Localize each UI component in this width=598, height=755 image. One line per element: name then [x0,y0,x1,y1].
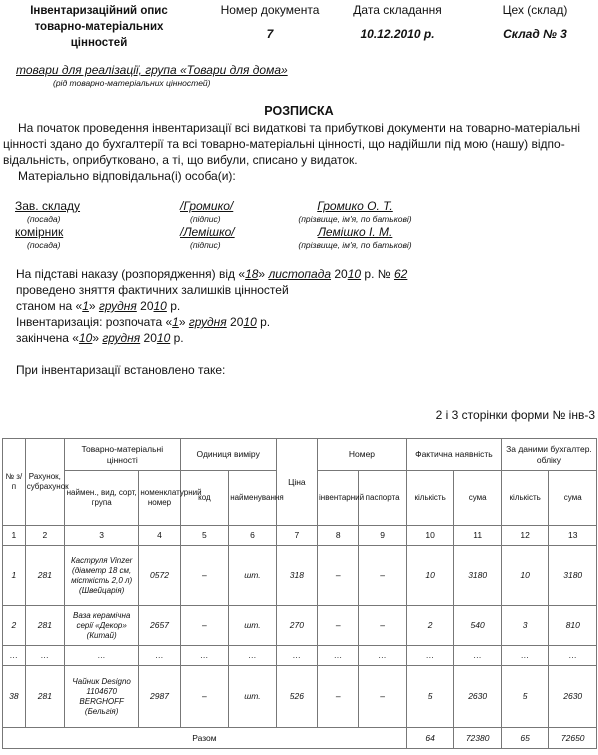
table-cell: 540 [454,606,502,646]
table-cell: 281 [25,666,64,728]
receipt-text-line: цінності здано до бухгалтерії та всі тов… [3,136,565,152]
quote: » [258,267,265,281]
column-number: 13 [549,526,597,546]
column-number: 10 [406,526,454,546]
table-cell: 2657 [139,606,180,646]
year-prefix: 20 [334,267,347,281]
table-cell: 281 [25,546,64,606]
table-cell: 270 [276,606,317,646]
col-header-tmc-name: наймен., вид, сорт, група [64,471,138,526]
column-number: 12 [501,526,549,546]
column-number: 8 [318,526,359,546]
col-header-unit-name: найменування [229,471,277,526]
total-row: Разом 64 72380 65 72650 [3,728,597,749]
finished-month: грудня [102,331,140,345]
table-cell: 2 [3,606,26,646]
col-header-account: Рахунок, субрахунок [25,439,64,526]
year-end: р. [170,299,180,313]
column-number: 6 [229,526,277,546]
column-number: 5 [180,526,229,546]
order-prefix: На підставі наказу (розпорядження) від « [16,267,245,281]
finished-day: 10 [79,331,92,345]
table-cell: … [64,646,138,666]
table-row: ………………………………… [3,646,597,666]
receipt-text-line: На початок проведення інвентаризації всі… [18,120,580,136]
table-cell: 3180 [454,546,502,606]
year-suffix: 10 [154,299,167,313]
signatory-signature: /Громико/ [180,198,233,214]
order-no-label: р. № [364,267,390,281]
col-header-books-qty: кількість [501,471,549,526]
table-cell: – [180,606,229,646]
table-cell: – [359,606,407,646]
table-cell: 38 [3,666,26,728]
name-caption: (прізвище, ім'я, по батькові) [290,214,420,224]
table-cell: … [180,646,229,666]
as-of-day: 1 [82,299,89,313]
total-books-qty: 65 [501,728,549,749]
year-prefix: 20 [144,331,157,345]
quote: » [89,299,96,313]
col-header-tmc: Товарно-матеріальні цінності [64,439,180,471]
col-header-actual-qty: кількість [406,471,454,526]
column-number: 1 [3,526,26,546]
total-label: Разом [3,728,407,749]
title-line: Інвентаризаційний опис [14,3,184,19]
doc-number-label: Номер документа [210,3,330,17]
table-cell: … [454,646,502,666]
table-cell: 3180 [549,546,597,606]
started-month: грудня [189,315,227,329]
year-suffix: 10 [157,331,170,345]
order-line2: проведено зняття фактичних залишків цінн… [16,282,289,298]
signature-caption: (підпис) [190,240,221,250]
title-line: товарно-матеріальних [14,19,184,35]
year-end: р. [174,331,184,345]
column-number: 2 [25,526,64,546]
year-suffix: 10 [243,315,256,329]
receipt-text-line: відальність, оприбутковано, а ті, що виб… [3,152,358,168]
order-month: листопада [268,267,331,281]
inventory-table: № з/п Рахунок, субрахунок Товарно-матері… [2,438,597,749]
date-label: Дата складання [340,3,455,17]
name-caption: (прізвище, ім'я, по батькові) [290,240,420,250]
table-cell: … [3,646,26,666]
table-cell: – [318,666,359,728]
table-cell: … [318,646,359,666]
signature-caption: (підпис) [190,214,221,224]
position-caption: (посада) [27,214,60,224]
signatory-name: Лемішко І. М. [290,224,420,240]
as-of-prefix: станом на « [16,299,82,313]
column-number: 3 [64,526,138,546]
started-day: 1 [172,315,179,329]
table-cell: … [25,646,64,666]
column-number: 9 [359,526,407,546]
col-header-number: Номер [318,439,407,471]
total-actual-sum: 72380 [454,728,502,749]
table-cell: – [180,546,229,606]
table-cell: – [318,546,359,606]
table-cell: … [276,646,317,666]
position-caption: (посада) [27,240,60,250]
dept-value: Склад № 3 [480,27,590,41]
table-cell: 10 [501,546,549,606]
table-cell: 0572 [139,546,180,606]
signatory-signature: /Лемішко/ [180,224,235,240]
table-cell: Ваза керамічна серії «Декор» (Китай) [64,606,138,646]
table-cell: 5 [501,666,549,728]
total-actual-qty: 64 [406,728,454,749]
title-line: цінностей [14,35,184,51]
table-row: 38281Чайник Designo 1104670 BERGHOFF (Бе… [3,666,597,728]
table-cell: 810 [549,606,597,646]
table-cell: 281 [25,606,64,646]
quote: » [179,315,186,329]
goods-type: товари для реалізації, група «Товари для… [16,62,288,78]
column-number: 11 [454,526,502,546]
year-prefix: 20 [140,299,153,313]
finished-prefix: закінчена « [16,331,79,345]
date-value: 10.12.2010 р. [340,27,455,41]
table-cell: 318 [276,546,317,606]
signatory-position: Зав. складу [15,198,80,214]
goods-type-caption: (рід товарно-матеріальних цінностей) [53,78,211,88]
order-number: 62 [394,267,407,281]
signatory-name: Громико О. Т. [290,198,420,214]
total-books-sum: 72650 [549,728,597,749]
order-line: На підставі наказу (розпорядження) від «… [16,266,407,282]
table-cell: – [359,666,407,728]
table-cell: 10 [406,546,454,606]
started-prefix: Інвентаризація: розпочата « [16,315,172,329]
col-header-actual-sum: сума [454,471,502,526]
year-prefix: 20 [230,315,243,329]
table-cell: – [180,666,229,728]
table-cell: – [359,546,407,606]
table-cell: 1 [3,546,26,606]
col-header-books: За даними бухгалтер. обліку [501,439,596,471]
col-header-inventory: інвентарний [318,471,359,526]
as-of-line: станом на «1» грудня 2010 р. [16,298,180,314]
doc-number: 7 [210,27,330,41]
col-header-unit: Одиниця виміру [180,439,276,471]
table-cell: 2987 [139,666,180,728]
table-cell: 3 [501,606,549,646]
responsible-label: Матеріально відповідальна(і) особа(и): [18,168,236,184]
receipt-title: РОЗПИСКА [0,104,598,118]
table-cell: … [359,646,407,666]
column-number-row: 12345678910111213 [3,526,597,546]
table-cell: 2630 [454,666,502,728]
established-line: При інвентаризації встановлено таке: [16,362,225,378]
table-cell: 2630 [549,666,597,728]
table-row: 2281Ваза керамічна серії «Декор» (Китай)… [3,606,597,646]
col-header-tmc-nomen: номенклатурний номер [139,471,180,526]
table-cell: 5 [406,666,454,728]
table-cell: – [318,606,359,646]
started-line: Інвентаризація: розпочата «1» грудня 201… [16,314,270,330]
year-end: р. [260,315,270,329]
table-cell: шт. [229,606,277,646]
column-number: 4 [139,526,180,546]
finished-line: закінчена «10» грудня 2010 р. [16,330,184,346]
col-header-num: № з/п [3,439,26,526]
column-number: 7 [276,526,317,546]
col-header-actual: Фактична наявність [406,439,501,471]
col-header-passport: паспорта [359,471,407,526]
pages-note: 2 і 3 сторінки форми № інв-3 [436,407,595,423]
table-row: 1281Каструля Vinzer (діаметр 18 см, міст… [3,546,597,606]
table-cell: … [139,646,180,666]
col-header-price: Ціна [276,439,317,526]
document-title: Інвентаризаційний опис товарно-матеріаль… [14,3,184,51]
table-cell: шт. [229,546,277,606]
table-cell: … [501,646,549,666]
table-cell: Каструля Vinzer (діаметр 18 см, місткіст… [64,546,138,606]
table-cell: … [549,646,597,666]
table-cell: 2 [406,606,454,646]
col-header-books-sum: сума [549,471,597,526]
col-header-unit-code: код [180,471,229,526]
table-cell: … [406,646,454,666]
year-suffix: 10 [348,267,361,281]
order-day: 18 [245,267,258,281]
table-cell: шт. [229,666,277,728]
quote: » [92,331,99,345]
table-cell: 526 [276,666,317,728]
as-of-month: грудня [99,299,137,313]
signatory-position: комірник [15,224,63,240]
table-cell: … [229,646,277,666]
table-cell: Чайник Designo 1104670 BERGHOFF (Бельгія… [64,666,138,728]
dept-label: Цех (склад) [480,3,590,17]
